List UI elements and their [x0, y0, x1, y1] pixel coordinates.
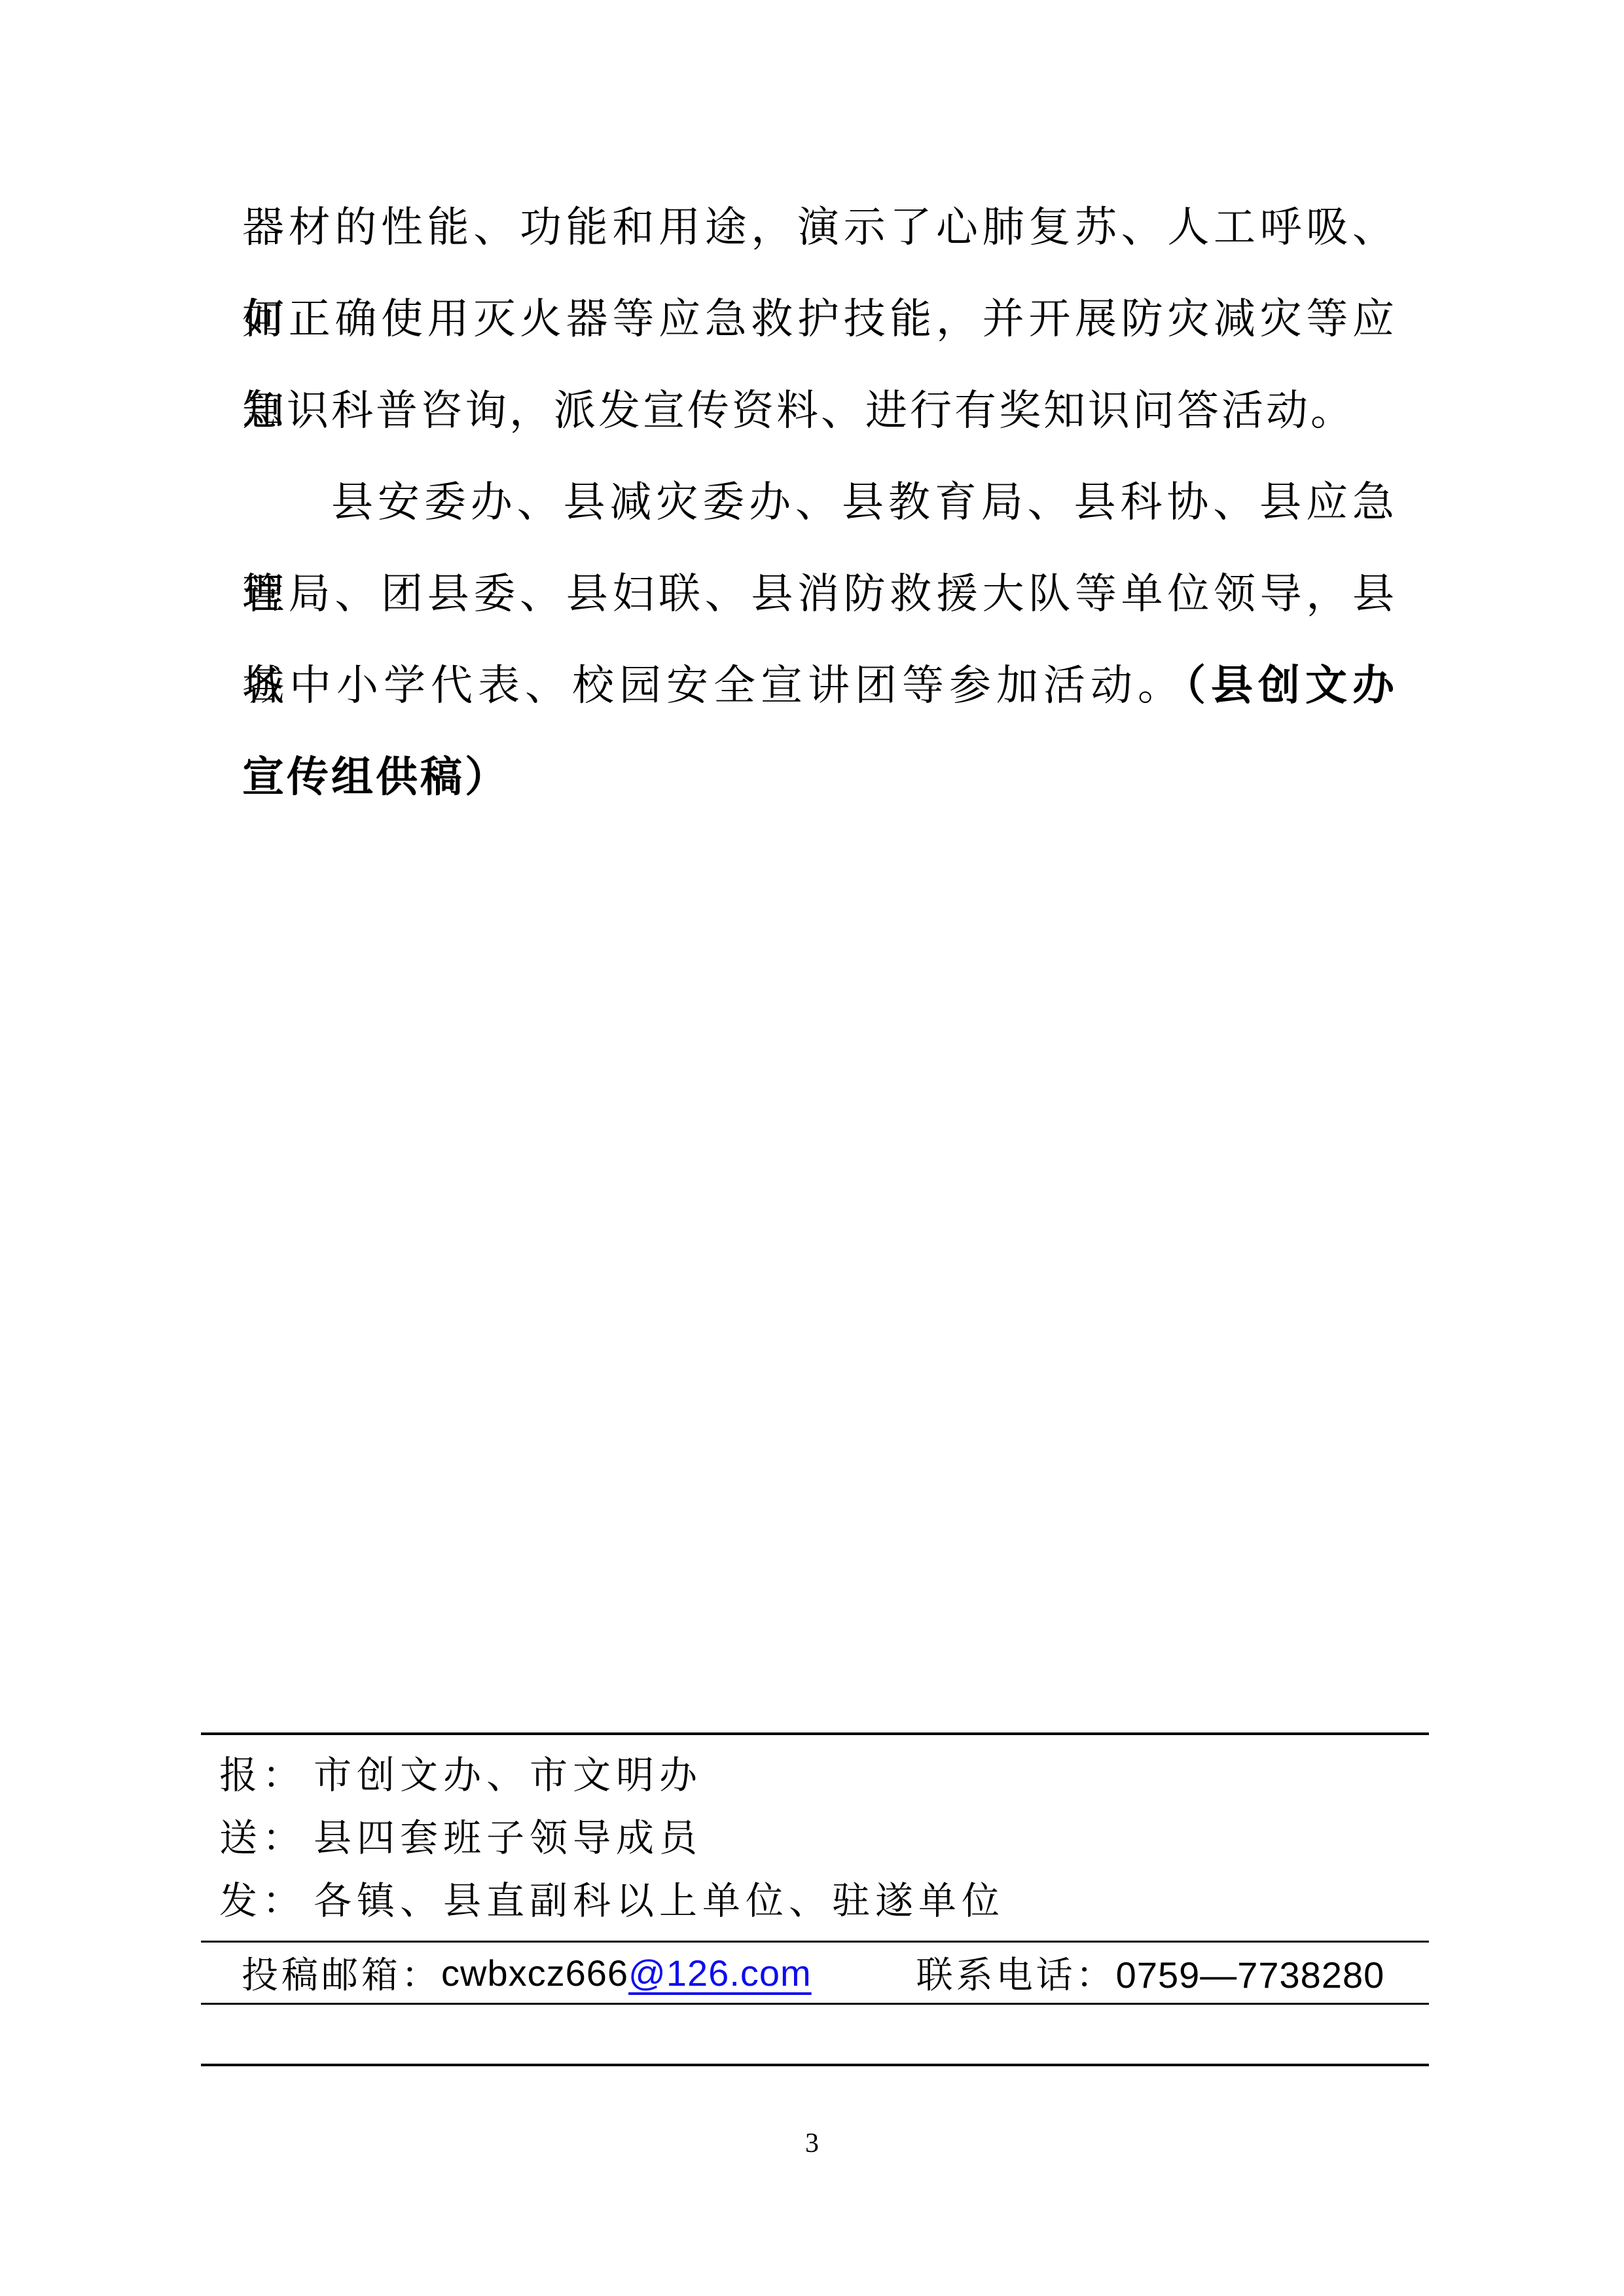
- body-line: 何正确使用灭火器等应急救护技能，并开展防灾减灾等应急: [242, 274, 1397, 365]
- body-line: 理局、团县委、县妇联、县消防救援大队等单位领导，县城: [242, 548, 1397, 640]
- body-text: 器材的性能、功能和用途，演示了心肺复苏、人工呼吸、如何正确使用灭火器等应急救护技…: [242, 182, 1397, 823]
- phone-number: 0759—7738280: [1116, 1954, 1385, 1996]
- page-number: 3: [0, 2124, 1624, 2163]
- body-line: 宣传组供稿）: [242, 732, 1397, 823]
- contact-row: 投稿邮箱：cwbxcz666@126.com 联系电话：0759—7738280: [201, 1943, 1429, 2005]
- distribution-label: 发：: [219, 1880, 306, 1922]
- body-text-bold-segment: （县创文办: [1185, 662, 1397, 709]
- email-label: 投稿邮箱：: [242, 1946, 441, 1999]
- phone-label: 联系电话：: [916, 1956, 1116, 1996]
- distribution-label: 报：: [219, 1754, 306, 1797]
- document-page: 器材的性能、功能和用途，演示了心肺复苏、人工呼吸、如何正确使用灭火器等应急救护技…: [0, 0, 1624, 2296]
- distribution-row: 报：市创文办、市文明办: [219, 1744, 1429, 1807]
- distribution-block: 报：市创文办、市文明办送：县四套班子领导成员发：各镇、县直副科以上单位、驻遂单位: [201, 1732, 1429, 1943]
- email-user: cwbxcz666: [441, 1952, 628, 1994]
- body-text-segment: 知识科普咨询，派发宣传资料、进行有奖知识问答活动。: [242, 387, 1355, 434]
- bottom-rule: [201, 2064, 1429, 2066]
- body-line: 器材的性能、功能和用途，演示了心肺复苏、人工呼吸、如: [242, 182, 1397, 274]
- body-line: 县安委办、县减灾委办、县教育局、县科协、县应急管: [242, 457, 1397, 548]
- distribution-row: 发：各镇、县直副科以上单位、驻遂单位: [219, 1870, 1429, 1933]
- distribution-content: 县四套班子领导成员: [314, 1817, 702, 1859]
- body-text-bold-segment: 宣传组供稿）: [242, 754, 509, 800]
- body-line: 知识科普咨询，派发宣传资料、进行有奖知识问答活动。: [242, 365, 1397, 457]
- body-line: 各中小学代表、校园安全宣讲团等参加活动。（县创文办: [242, 640, 1397, 732]
- distribution-row: 送：县四套班子领导成员: [219, 1807, 1429, 1870]
- body-text-segment: 各中小学代表、校园安全宣讲团等参加活动。: [242, 662, 1185, 709]
- distribution-content: 各镇、县直副科以上单位、驻遂单位: [314, 1880, 1005, 1922]
- distribution-label: 送：: [219, 1817, 306, 1859]
- distribution-content: 市创文办、市文明办: [314, 1754, 702, 1797]
- phone-group: 联系电话：0759—7738280: [916, 1946, 1385, 1999]
- email-domain-link[interactable]: @126.com: [628, 1952, 812, 1994]
